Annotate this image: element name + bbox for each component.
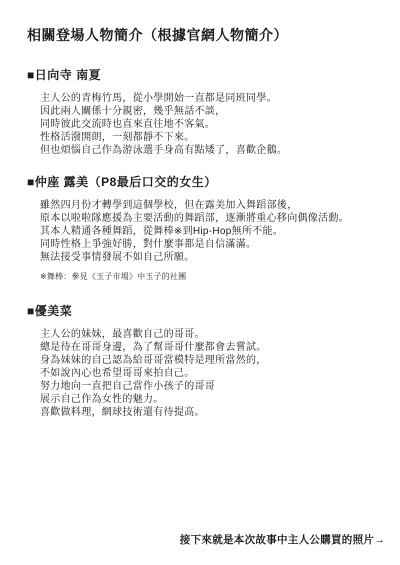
footnote: ※舞棒：參見《玉子市場》中玉子的社團	[40, 272, 382, 282]
profile-text-line: 其本人精通各種舞蹈，從舞棒※到Hip-Hop無所不能。	[40, 225, 382, 238]
profile-text-line: 雖然四月份才轉學到這個學校，但在露美加入舞蹈部後，	[40, 199, 382, 212]
profile-paragraph: 雖然四月份才轉學到這個學校，但在露美加入舞蹈部後， 原本以啦啦隊應援為主要活動的…	[40, 199, 382, 264]
profile-text-line: 但也煩惱自己作為游泳選手身高有點矮了，喜歡企鵝。	[40, 144, 382, 157]
profile-text-line: 同時彼此交流時也直來直往地不客氣。	[40, 118, 382, 131]
section-header: ■日向寺 南夏	[27, 68, 382, 83]
profile-text-line: 喜歡做料理，網球技術還有待提高。	[40, 406, 382, 419]
profile-text-line: 努力地向一直把自己當作小孩子的哥哥	[40, 380, 382, 393]
section-header: ■仲座 露美（P8最后口交的女生）	[27, 175, 382, 190]
profile-text-line: 主人公的妹妹，最喜歡自己的哥哥。	[40, 328, 382, 341]
page-title: 相關登場人物簡介（根據官網人物簡介）	[27, 26, 382, 44]
section-hyugaji-minaka: ■日向寺 南夏 主人公的青梅竹馬，從小學開始一直都是同班同學。 因此兩人關係十分…	[27, 68, 382, 157]
profile-text-line: 無法接受事情發展不如自己所願。	[40, 251, 382, 264]
profile-text-line: 性格活潑開朗，一刻都靜不下來。	[40, 131, 382, 144]
profile-text-line: 總是待在哥哥身邊，為了幫哥哥什麼都會去嘗試。	[40, 341, 382, 354]
section-yumina: ■優美菜 主人公的妹妹，最喜歡自己的哥哥。 總是待在哥哥身邊，為了幫哥哥什麼都會…	[27, 304, 382, 419]
profile-page: 相關登場人物簡介（根據官網人物簡介） ■日向寺 南夏 主人公的青梅竹馬，從小學開…	[0, 0, 400, 565]
profile-text-line: 主人公的青梅竹馬，從小學開始一直都是同班同學。	[40, 92, 382, 105]
profile-text-line: 原本以啦啦隊應援為主要活動的舞蹈部，逐漸將重心移向偶像活動。	[40, 212, 382, 225]
profile-text-line: 不如說內心也希望哥哥來拍自己。	[40, 367, 382, 380]
profile-text-line: 身為妹妹的自己認為給哥哥當模特是理所當然的，	[40, 354, 382, 367]
profile-text-line: 展示自己作為女性的魅力。	[40, 393, 382, 406]
section-header: ■優美菜	[27, 304, 382, 319]
profile-paragraph: 主人公的妹妹，最喜歡自己的哥哥。 總是待在哥哥身邊，為了幫哥哥什麼都會去嘗試。 …	[40, 328, 382, 419]
profile-text-line: 因此兩人關係十分親密，幾乎無話不談，	[40, 105, 382, 118]
profile-text-line: 同時性格上爭強好勝，對什麼事都是自信滿滿。	[40, 238, 382, 251]
section-nakaza-rumi: ■仲座 露美（P8最后口交的女生） 雖然四月份才轉學到這個學校，但在露美加入舞蹈…	[27, 175, 382, 282]
profile-paragraph: 主人公的青梅竹馬，從小學開始一直都是同班同學。 因此兩人關係十分親密，幾乎無話不…	[40, 92, 382, 157]
footer-note: 接下來就是本次故事中主人公購買的照片→	[180, 532, 385, 547]
